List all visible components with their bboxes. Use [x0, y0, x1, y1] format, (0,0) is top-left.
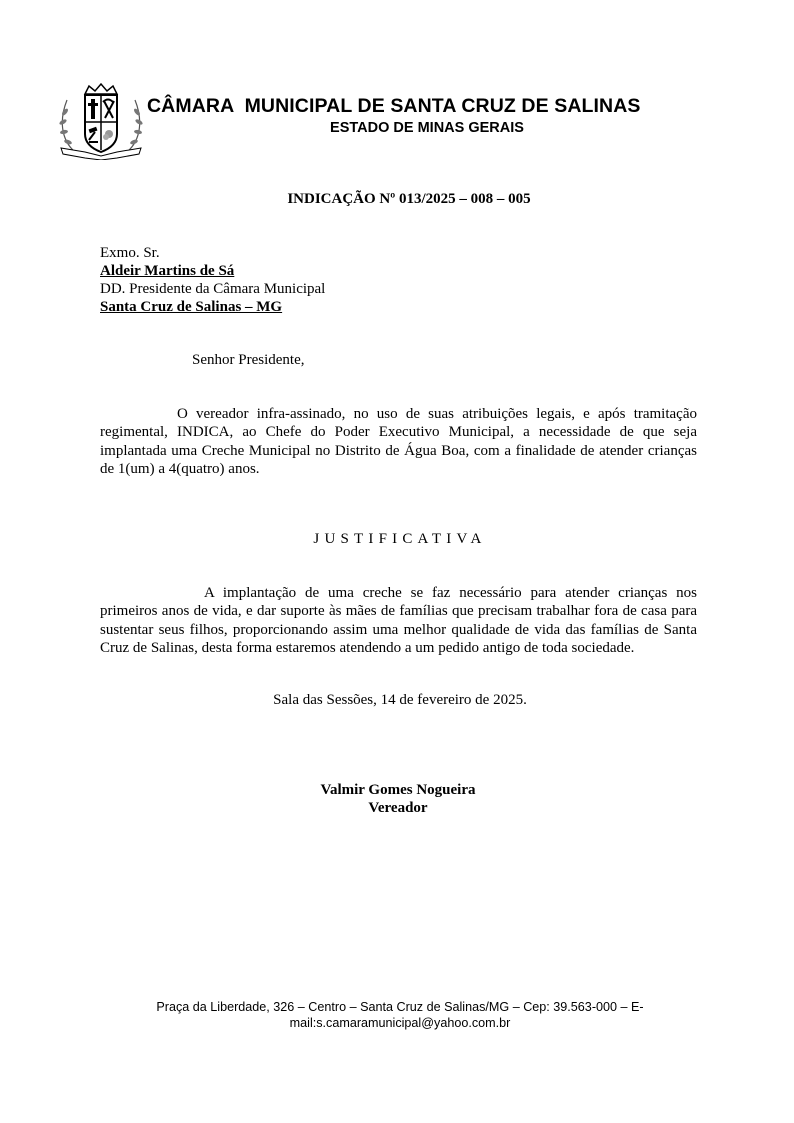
justification-heading: JUSTIFICATIVA	[0, 531, 794, 548]
closing-date: Sala das Sessões, 14 de fevereiro de 202…	[0, 692, 794, 709]
footer-address: Praça da Liberdade, 326 – Centro – Santa…	[135, 999, 665, 1031]
header-subtitle: ESTADO DE MINAS GERAIS	[147, 120, 687, 136]
recipient-block: Exmo. Sr. Aldeir Martins de Sá DD. Presi…	[100, 244, 325, 316]
document-title: INDICAÇÃO Nº 013/2025 – 008 – 005	[0, 191, 794, 208]
recipient-name: Aldeir Martins de Sá	[100, 262, 325, 280]
justification-paragraph: A implantação de uma creche se faz neces…	[100, 584, 697, 657]
signatory-name: Valmir Gomes Nogueira	[0, 782, 794, 799]
footer-line-2: mail:s.camaramunicipal@yahoo.com.br	[135, 1015, 665, 1031]
recipient-position: DD. Presidente da Câmara Municipal	[100, 280, 325, 298]
recipient-location: Santa Cruz de Salinas – MG	[100, 298, 325, 316]
recipient-greeting: Exmo. Sr.	[100, 244, 325, 262]
body-paragraph: O vereador infra-assinado, no uso de sua…	[100, 405, 697, 478]
header-title: CÂMARA MUNICIPAL DE SANTA CRUZ DE SALINA…	[147, 95, 687, 118]
coat-of-arms-icon	[55, 82, 147, 160]
footer-line-1: Praça da Liberdade, 326 – Centro – Santa…	[135, 999, 665, 1015]
signatory-role: Vereador	[0, 800, 794, 817]
salutation: Senhor Presidente,	[192, 352, 304, 369]
